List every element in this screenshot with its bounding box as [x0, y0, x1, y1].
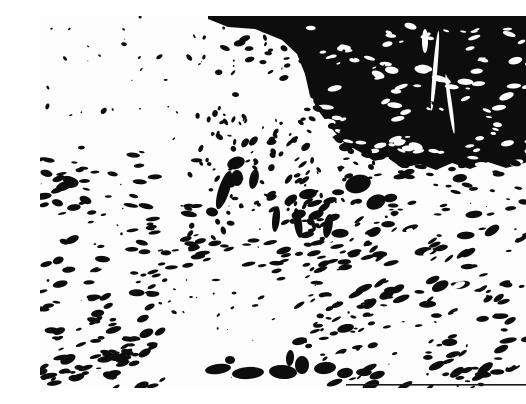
center-diagonal-band-blob	[247, 238, 259, 243]
lower-right-dense-blob	[423, 355, 433, 360]
dog-spots-blob	[319, 193, 323, 199]
dog-spots-blob	[205, 158, 209, 163]
lower-right-dense-blob	[349, 377, 357, 381]
bottom-squiggle-b	[232, 366, 265, 380]
lower-right-dense-blob	[391, 227, 398, 233]
fine-speckle-blob	[426, 372, 429, 375]
top-left-sparse-blob	[193, 34, 197, 39]
left-bottom-strip-blob	[147, 283, 157, 290]
top-left-sparse-blob	[262, 34, 267, 41]
bottom-squiggle-c	[269, 364, 298, 380]
mid-left-streaks-blob	[193, 234, 199, 237]
center-diagonal-band-blob	[139, 249, 151, 254]
illusion-canvas	[40, 16, 526, 388]
top-left-sparse-blob	[45, 103, 51, 110]
left-bottom-strip-blob	[103, 301, 114, 310]
mid-left-streaks-blob	[100, 213, 106, 217]
mid-right-scatter-blob	[389, 209, 394, 211]
lower-right-white-channels-blob	[425, 333, 435, 341]
lower-right-dense-blob	[349, 237, 355, 242]
lower-right-dense-blob	[518, 284, 524, 288]
under-dog-shadow-blob	[283, 192, 300, 207]
lower-right-dense-blob	[493, 343, 509, 355]
center-bottom-sparse-blob	[257, 294, 265, 300]
mid-left-streaks-blob	[79, 179, 90, 183]
top-left-sparse-blob	[227, 134, 232, 136]
fine-speckle-blob	[122, 208, 124, 210]
top-left-sparse-blob	[267, 69, 274, 75]
left-bottom-strip-blob	[90, 309, 104, 318]
dog-spots-blob	[353, 161, 359, 166]
top-left-sparse-blob	[62, 56, 68, 62]
left-bottom-strip-blob	[128, 359, 140, 367]
dog-chest-cluster-blob	[305, 169, 311, 175]
lower-right-dense-blob	[372, 251, 388, 258]
top-band-speckle-blob	[283, 57, 290, 61]
lower-right-dense-blob	[319, 336, 329, 340]
left-edge-chunks-blob	[40, 201, 49, 208]
top-left-sparse-blob	[279, 44, 288, 53]
fine-speckle-blob	[87, 60, 88, 61]
lower-right-dense-blob	[396, 379, 413, 388]
mid-left-streaks-blob	[87, 210, 97, 216]
center-bottom-sparse-blob	[230, 306, 235, 310]
lower-right-dense-blob	[322, 356, 329, 362]
fine-speckle-blob	[485, 206, 487, 208]
mid-left-streaks-blob	[134, 163, 145, 168]
mid-left-streaks-blob	[139, 151, 145, 154]
lower-right-dense-blob	[478, 227, 486, 230]
dog-muzzle-tip	[205, 207, 218, 218]
lower-right-dense-blob	[483, 222, 502, 238]
left-bottom-strip-blob	[87, 294, 102, 299]
center-bottom-sparse-blob	[167, 300, 171, 303]
top-left-sparse-blob	[172, 137, 175, 141]
bottom-left-corner-dense-blob	[105, 325, 122, 336]
top-left-sparse-blob	[202, 54, 207, 60]
mid-right-scatter-blob	[506, 198, 510, 201]
bottom-squiggle-d	[295, 356, 309, 374]
lower-right-white-channels-blob	[344, 273, 356, 281]
bottom-squiggle-e	[313, 361, 336, 375]
top-left-sparse-blob	[139, 68, 143, 72]
mid-right-scatter-blob	[388, 203, 399, 207]
bottom-left-corner-dense-blob	[138, 327, 155, 340]
dog-head-streak	[213, 169, 236, 210]
fine-speckle-blob	[514, 228, 517, 231]
lower-right-white-channels-blob	[348, 298, 359, 306]
center-bottom-sparse-blob	[316, 313, 324, 318]
lower-right-white-channels-blob	[342, 224, 351, 230]
mid-left-streaks-blob	[148, 174, 162, 180]
top-left-sparse-blob	[87, 45, 90, 48]
dog-spots-blob	[229, 145, 237, 153]
dog-spots-blob	[217, 106, 221, 111]
mid-right-scatter-blob	[450, 189, 461, 195]
dog-spots-blob	[222, 113, 226, 117]
dog-spots-blob	[206, 116, 211, 123]
center-diagonal-band-blob	[202, 257, 211, 262]
fine-speckle-blob	[120, 184, 122, 186]
lower-right-dense-blob	[310, 281, 323, 285]
top-left-sparse-blob	[230, 70, 236, 76]
top-band-speckle-blob	[244, 56, 255, 64]
top-left-sparse-blob	[281, 67, 283, 70]
dog-chest-cluster-blob	[300, 141, 312, 153]
lower-right-dense-blob	[490, 369, 504, 375]
left-bottom-strip-blob	[136, 313, 150, 324]
bottom-left-corner-dense-blob	[68, 375, 80, 382]
mid-left-streaks-blob	[87, 220, 94, 223]
dog-spots-blob	[226, 220, 235, 226]
canopy-bottom-ragged-ink-blob	[343, 157, 350, 160]
dog-spots-blob	[214, 218, 221, 226]
fine-speckle-blob	[257, 246, 259, 248]
fine-speckle-blob	[434, 321, 437, 324]
center-bottom-sparse-blob	[171, 310, 178, 315]
center-bottom-sparse-blob	[305, 343, 312, 348]
lower-right-dense-blob	[431, 313, 442, 318]
left-edge-chunks-blob	[40, 168, 53, 178]
center-diagonal-band-blob	[271, 268, 282, 274]
top-left-sparse-blob	[50, 27, 53, 30]
dog-spots-blob	[277, 150, 284, 157]
fine-speckle-blob	[46, 279, 50, 283]
bottom-left-corner-dense-blob	[109, 317, 116, 321]
top-band-speckle-blob	[245, 46, 254, 51]
lower-right-white-channels-blob	[346, 337, 353, 342]
fine-speckle-blob	[212, 292, 215, 295]
center-diagonal-band-blob	[306, 249, 321, 258]
canopy-bottom-ragged-ink-blob	[452, 173, 467, 183]
lower-right-dense-blob	[350, 330, 355, 333]
dog-chest-cluster-blob	[245, 159, 251, 163]
lower-right-dense-blob	[428, 338, 435, 344]
dog-cheek	[231, 170, 243, 186]
lower-right-dense-blob	[506, 250, 512, 253]
dog-spots-blob	[286, 207, 290, 212]
fine-speckle-blob	[120, 232, 123, 235]
mid-right-scatter-blob	[514, 186, 522, 190]
fine-speckle-blob	[185, 279, 187, 281]
lower-right-dense-blob	[427, 359, 445, 373]
lower-right-white-channels-blob	[522, 303, 526, 310]
center-diagonal-band-blob	[182, 262, 194, 268]
dog-spots-blob	[372, 161, 376, 166]
mid-left-streaks-blob	[138, 202, 154, 210]
fine-speckle-blob	[41, 183, 42, 184]
lower-right-dense-blob	[320, 353, 325, 356]
top-left-sparse-blob	[175, 111, 178, 114]
center-bottom-sparse-blob	[189, 296, 193, 298]
dog-chest-cluster-blob	[266, 139, 277, 146]
lower-right-dense-blob	[401, 223, 419, 234]
mid-left-streaks-blob	[126, 228, 139, 233]
dog-spots-blob	[220, 226, 227, 235]
fine-speckle-blob	[222, 26, 226, 30]
fine-speckle-blob	[259, 228, 261, 230]
center-bottom-sparse-blob	[173, 288, 177, 291]
fine-speckle-blob	[138, 16, 142, 19]
lower-right-dense-blob	[521, 336, 526, 343]
center-bottom-sparse-blob	[162, 278, 168, 283]
left-bottom-strip-blob	[143, 302, 155, 312]
mid-right-scatter-blob	[407, 200, 417, 206]
lower-right-dense-blob	[415, 324, 423, 328]
left-bottom-strip-blob	[52, 279, 68, 289]
center-diagonal-band-blob	[263, 239, 278, 246]
center-diagonal-band-blob	[172, 249, 180, 252]
top-left-sparse-blob	[164, 79, 168, 81]
lower-right-dense-blob	[367, 321, 375, 326]
canopy-left-feather-blob	[279, 74, 290, 82]
center-diagonal-band-blob	[212, 279, 221, 282]
center-bottom-sparse-blob	[354, 327, 358, 329]
dog-spots-blob	[195, 113, 200, 119]
fine-speckle-blob	[231, 376, 232, 377]
dog-spots-blob	[340, 197, 345, 203]
mid-left-streaks-blob	[71, 161, 77, 164]
left-bottom-strip-blob	[47, 379, 62, 386]
fine-speckle-blob	[466, 344, 468, 347]
fine-speckle-blob	[384, 215, 388, 218]
mid-left-streaks-blob	[146, 216, 161, 222]
top-left-sparse-blob	[198, 63, 201, 66]
fine-speckle-blob	[182, 311, 185, 314]
dog-spots-blob	[188, 222, 196, 230]
dog-spots-blob	[267, 163, 276, 173]
left-bottom-strip-blob	[136, 280, 142, 283]
lower-right-dense-blob	[419, 300, 436, 308]
fine-speckle-blob	[388, 363, 390, 365]
dog-spots-blob	[186, 171, 193, 179]
lower-right-dense-blob	[381, 221, 395, 228]
under-dog-shadow-blob	[332, 189, 344, 195]
lower-right-dense-blob	[380, 304, 387, 307]
top-left-sparse-blob	[185, 53, 193, 62]
dog-spots-blob	[250, 151, 254, 154]
mid-right-scatter-blob	[374, 173, 382, 177]
left-bottom-strip-blob	[58, 347, 64, 351]
lower-right-dense-blob	[331, 229, 348, 238]
dog-spots-blob	[315, 166, 322, 173]
top-left-sparse-blob	[121, 42, 127, 47]
fine-speckle-blob	[217, 327, 219, 330]
lower-right-dense-blob	[465, 380, 470, 382]
left-bottom-strip-blob	[40, 260, 53, 268]
fine-speckle-blob	[304, 184, 307, 187]
center-diagonal-band-blob	[161, 250, 172, 255]
dog-spots-blob	[279, 121, 284, 125]
bottom-left-corner-dense-blob	[75, 341, 86, 348]
mid-left-streaks-blob	[123, 202, 138, 209]
mid-left-streaks-blob	[126, 152, 140, 158]
center-diagonal-band-blob	[317, 255, 327, 260]
lower-right-dense-blob	[442, 372, 450, 377]
lower-right-white-channels-blob	[378, 267, 391, 277]
lower-right-dense-blob	[465, 210, 483, 219]
center-bottom-sparse-blob	[350, 315, 357, 319]
fine-speckle-blob	[228, 205, 230, 207]
lower-right-dense-blob	[442, 338, 458, 346]
dark-canopy-mass	[208, 16, 526, 170]
dog-chest-cluster-blob	[293, 172, 301, 178]
bottom-squiggle-h	[225, 356, 235, 364]
top-left-sparse-blob	[275, 119, 277, 122]
top-left-sparse-blob	[99, 107, 108, 116]
trunk-highlight-c	[422, 29, 428, 53]
center-diagonal-band-blob	[208, 240, 222, 247]
mid-left-streaks-blob	[107, 171, 118, 178]
center-bottom-sparse-blob	[325, 317, 331, 320]
lower-right-dense-blob	[444, 254, 454, 264]
dog-spots-blob	[207, 162, 212, 167]
lower-right-white-channels-blob	[349, 349, 355, 354]
lower-right-dense-blob	[414, 290, 424, 294]
left-bottom-strip-blob	[130, 271, 138, 275]
center-diagonal-band-blob	[339, 250, 346, 254]
fine-speckle-blob	[201, 61, 202, 62]
lower-right-dense-blob	[310, 298, 316, 303]
lower-right-dense-blob	[383, 259, 399, 267]
dog-spots-blob	[208, 188, 213, 191]
dog-spots-blob	[304, 107, 311, 111]
mid-left-streaks-blob	[129, 193, 139, 199]
dog-spots-blob	[225, 210, 231, 216]
lower-right-dense-blob	[331, 315, 342, 323]
bottom-squiggle-g	[285, 350, 294, 367]
left-bottom-strip-blob	[83, 280, 94, 285]
top-band-speckle-blob	[219, 44, 231, 53]
top-left-sparse-blob	[98, 54, 102, 57]
canopy-white-holes-blob	[298, 135, 305, 138]
lower-right-dense-blob	[479, 272, 489, 277]
mid-left-streaks-blob	[97, 244, 105, 248]
dog-chest-cluster-blob	[247, 135, 259, 148]
lower-right-dense-blob	[434, 213, 442, 216]
mid-left-streaks-blob	[58, 211, 67, 215]
dog-spots-blob	[210, 234, 217, 241]
lower-right-dense-blob	[499, 336, 517, 345]
left-bottom-strip-blob	[40, 289, 48, 295]
lower-right-dense-blob	[357, 327, 365, 333]
mid-left-streaks-blob	[90, 170, 99, 174]
lower-right-dense-blob	[485, 289, 491, 294]
top-left-sparse-blob	[202, 35, 207, 40]
dog-spots-blob	[213, 174, 221, 182]
canopy-white-holes-blob	[294, 92, 306, 99]
lower-right-dense-blob	[326, 377, 343, 388]
lower-right-dense-blob	[447, 333, 458, 339]
lower-right-dense-blob	[309, 328, 320, 335]
bottom-left-corner-dense-blob	[111, 383, 121, 388]
dog-spots-blob	[310, 157, 314, 164]
mid-right-scatter-blob	[442, 208, 451, 212]
lower-right-dense-blob	[392, 351, 398, 355]
lower-right-dense-blob	[305, 274, 311, 278]
center-bottom-sparse-blob	[320, 327, 325, 331]
center-bottom-sparse-blob	[216, 313, 220, 318]
lower-right-dense-blob	[425, 351, 432, 354]
canopy-left-feather-blob	[306, 129, 312, 134]
bottom-border-line	[346, 384, 526, 386]
lower-right-white-channels-blob	[505, 379, 512, 384]
left-edge-chunks-blob	[51, 198, 64, 208]
fine-speckle-blob	[93, 243, 96, 245]
dog-spots-blob	[197, 144, 204, 153]
dog-spots-blob	[251, 208, 255, 211]
mid-left-streaks-blob	[148, 230, 161, 236]
fine-speckle-blob	[81, 300, 82, 301]
lower-right-dense-blob	[445, 350, 461, 359]
dog-spots-blob	[288, 133, 292, 137]
top-left-sparse-blob	[122, 28, 126, 31]
lower-right-white-channels-blob	[491, 321, 497, 324]
center-bottom-sparse-blob	[272, 318, 276, 321]
bottom-squiggle-f	[336, 367, 353, 380]
center-diagonal-band-blob	[337, 259, 351, 265]
dog-neck-shade	[248, 168, 261, 189]
dog-rear-shadow-b	[364, 191, 388, 212]
left-bottom-strip-blob	[129, 289, 145, 296]
center-diagonal-band-blob	[140, 273, 147, 277]
left-bottom-strip-blob	[153, 326, 166, 337]
center-diagonal-band-blob	[165, 265, 178, 270]
top-left-sparse-blob	[111, 108, 114, 111]
lower-right-dense-blob	[361, 378, 381, 388]
lower-right-dense-blob	[501, 328, 508, 332]
dog-spots-blob	[211, 109, 218, 117]
top-left-sparse-blob	[78, 146, 85, 150]
center-diagonal-band-blob	[276, 276, 285, 281]
dog-spots-blob	[230, 116, 236, 124]
fine-speckle-blob	[196, 297, 198, 299]
center-diagonal-band-blob	[158, 262, 166, 266]
lower-right-white-channels-blob	[411, 342, 424, 350]
lower-right-dense-blob	[476, 315, 489, 322]
canopy-bottom-ragged-ink-blob	[448, 167, 456, 171]
lower-right-white-channels-blob	[479, 261, 485, 264]
center-diagonal-band-blob	[258, 263, 267, 267]
bottom-left-corner-dense-blob	[59, 352, 77, 367]
lower-right-dense-blob	[329, 331, 338, 336]
center-diagonal-band-blob	[220, 244, 229, 247]
lower-right-dense-blob	[457, 231, 475, 240]
bottom-left-corner-dense-blob	[54, 335, 64, 342]
lower-right-white-channels-blob	[471, 299, 478, 301]
top-left-sparse-blob	[232, 92, 239, 97]
center-diagonal-band-blob	[302, 262, 311, 267]
fine-speckle-blob	[139, 108, 142, 110]
top-left-sparse-blob	[283, 63, 290, 69]
mid-right-scatter-blob	[433, 183, 438, 186]
dalmatian-illusion-image	[40, 16, 526, 388]
lower-right-white-channels-blob	[371, 325, 378, 331]
dog-chest-cluster-blob	[283, 173, 293, 185]
lower-right-dense-blob	[486, 212, 494, 216]
dog-chest-cluster-blob	[294, 157, 300, 162]
mid-right-scatter-blob	[518, 199, 526, 205]
lower-right-dense-blob	[308, 294, 314, 297]
top-left-sparse-blob	[155, 53, 163, 60]
dog-spots-blob	[231, 197, 238, 200]
under-dog-shadow-blob	[280, 218, 290, 226]
mid-left-streaks-blob	[67, 203, 81, 211]
fine-speckle-blob	[227, 329, 228, 330]
fine-speckle-blob	[167, 106, 169, 108]
fine-speckle-blob	[80, 111, 82, 114]
lower-right-white-channels-blob	[434, 228, 441, 234]
